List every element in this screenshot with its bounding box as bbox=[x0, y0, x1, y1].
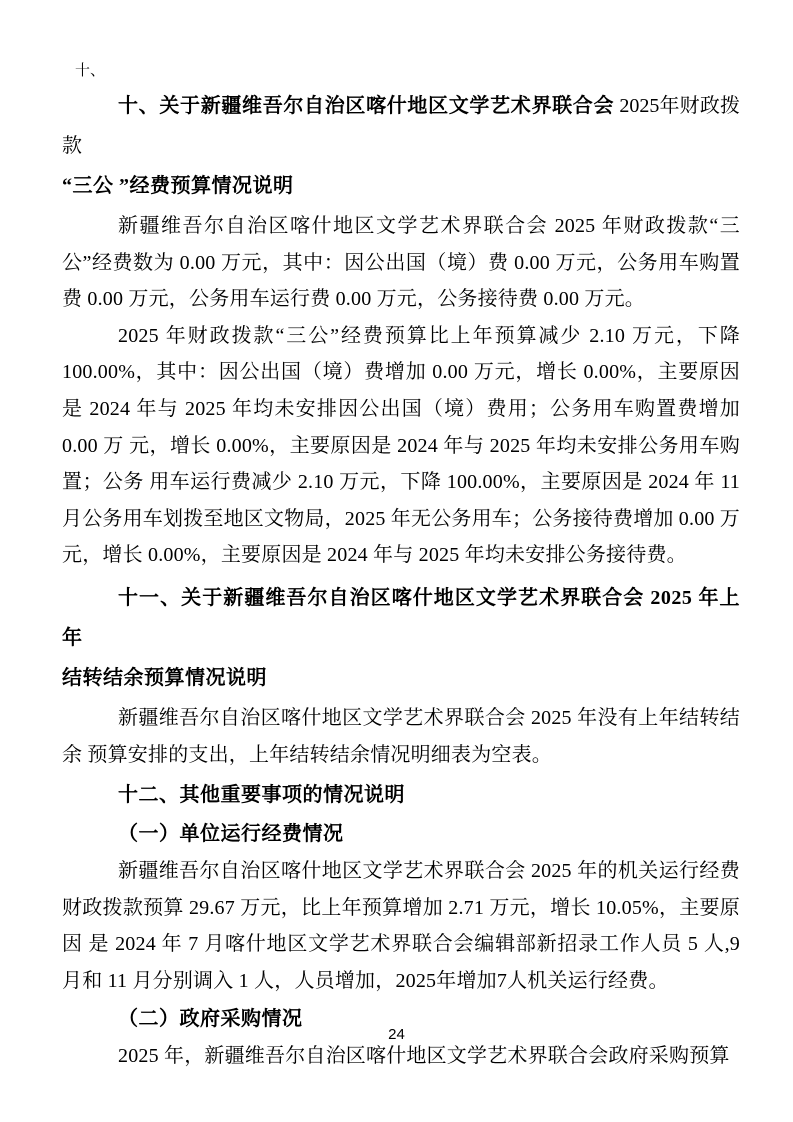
paragraph-sangong-overview: 新疆维吾尔自治区喀什地区文学艺术界联合会 2025 年财政拨款“三公”经费数为 … bbox=[62, 208, 740, 318]
stray-list-marker: 十、 bbox=[75, 60, 740, 82]
page-number: 24 bbox=[0, 1026, 793, 1043]
section-ten-heading-line-1: 十、关于新疆维吾尔自治区喀什地区文学艺术界联合会 2025年财政拨款 bbox=[62, 86, 740, 166]
section-twelve-heading: 十二、其他重要事项的情况说明 bbox=[62, 775, 740, 815]
subsection-one-heading: （一）单位运行经费情况 bbox=[62, 815, 740, 853]
paragraph-carryover-balance: 新疆维吾尔自治区喀什地区文学艺术界联合会 2025 年没有上年结转结余 预算安排… bbox=[62, 700, 740, 773]
section-ten-heading-bold-part: 十、关于新疆维吾尔自治区喀什地区文学艺术界联合会 bbox=[118, 95, 614, 117]
document-page: 十、 十、关于新疆维吾尔自治区喀什地区文学艺术界联合会 2025年财政拨款 “三… bbox=[0, 0, 793, 1122]
section-ten-heading: 十、关于新疆维吾尔自治区喀什地区文学艺术界联合会 2025年财政拨款 “三公 ”… bbox=[62, 86, 740, 206]
section-eleven-heading-line-2: 结转结余预算情况说明 bbox=[62, 658, 740, 698]
section-eleven-heading-line-1: 十一、关于新疆维吾尔自治区喀什地区文学艺术界联合会 2025 年上年 bbox=[62, 578, 740, 658]
document-content: 十、 十、关于新疆维吾尔自治区喀什地区文学艺术界联合会 2025年财政拨款 “三… bbox=[62, 60, 740, 1074]
paragraph-operating-expenses: 新疆维吾尔自治区喀什地区文学艺术界联合会 2025 年的机关运行经费财政拨款预算… bbox=[62, 853, 740, 999]
section-ten-heading-line-2: “三公 ”经费预算情况说明 bbox=[62, 166, 740, 206]
section-eleven-heading: 十一、关于新疆维吾尔自治区喀什地区文学艺术界联合会 2025 年上年 结转结余预… bbox=[62, 578, 740, 698]
paragraph-sangong-comparison: 2025 年财政拨款“三公”经费预算比上年预算减少 2.10 万元，下降 100… bbox=[62, 318, 740, 574]
